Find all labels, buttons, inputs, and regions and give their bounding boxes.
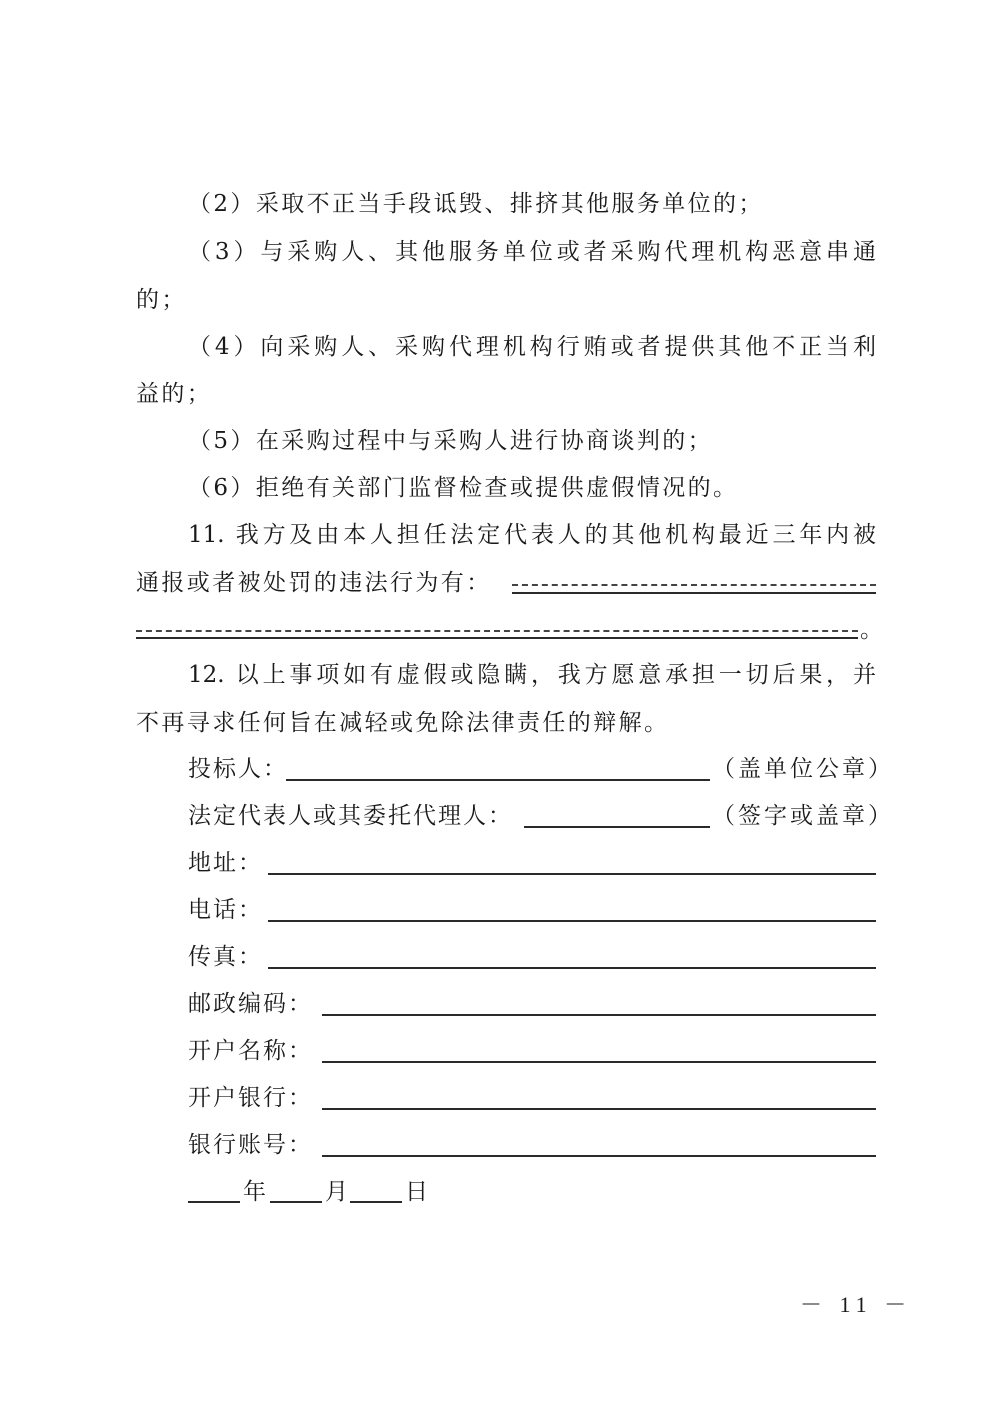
item-5: （5）在采购过程中与采购人进行协商谈判的； [188,425,876,457]
clause-12-line1: 12. 以上事项如有虚假或隐瞒，我方愿意承担一切后果，并 [188,659,876,691]
bank-label: 开户银行： [188,1082,313,1114]
bidder-label: 投标人： [188,753,288,785]
clause-12-line2: 不再寻求任何旨在减轻或免除法律责任的辩解。 [136,707,876,739]
date-month-label: 月 [325,1176,350,1208]
item-2: （2）采取不正当手段诋毁、排挤其他服务单位的； [188,188,876,220]
phone-input-line[interactable] [268,920,876,922]
account-name-label: 开户名称： [188,1035,313,1067]
date-year-label: 年 [243,1176,268,1208]
account-number-input-line[interactable] [322,1155,876,1157]
violations-blank-1[interactable] [512,592,876,594]
fax-input-line[interactable] [268,967,876,969]
item-6: （6）拒绝有关部门监督检查或提供虚假情况的。 [188,472,876,504]
clause-11-line1: 11. 我方及由本人担任法定代表人的其他机构最近三年内被 [188,519,876,551]
address-label: 地址： [188,847,263,879]
item-4: （4）向采购人、采购代理机构行贿或者提供其他不正当利 [188,331,876,363]
representative-sign-note: （签字或盖章） [712,800,894,832]
item-3: （3）与采购人、其他服务单位或者采购代理机构恶意串通 [188,236,876,268]
date-month-blank[interactable] [270,1201,322,1203]
account-name-input-line[interactable] [322,1061,876,1063]
representative-input-line[interactable] [524,826,710,828]
page-number: － 11 － [800,1290,912,1320]
date-day-label: 日 [405,1176,430,1208]
postal-code-label: 邮政编码： [188,988,313,1020]
representative-label: 法定代表人或其委托代理人： [188,800,513,832]
clause-11-line2: 通报或者被处罚的违法行为有： [136,567,506,599]
violations-blank-2[interactable] [136,637,858,639]
postal-code-input-line[interactable] [322,1014,876,1016]
account-number-label: 银行账号： [188,1129,313,1161]
violations-dashed-line-1 [512,584,876,586]
item-3-cont: 的； [136,284,876,316]
fax-label: 传真： [188,941,263,973]
date-year-blank[interactable] [188,1201,240,1203]
item-4-cont: 益的； [136,378,876,410]
date-day-blank[interactable] [350,1201,402,1203]
bank-input-line[interactable] [322,1108,876,1110]
address-input-line[interactable] [268,873,876,875]
phone-label: 电话： [188,894,263,926]
bidder-input-line[interactable] [286,779,710,781]
document-page: （2）采取不正当手段诋毁、排挤其他服务单位的； （3）与采购人、其他服务单位或者… [0,0,1000,1414]
bidder-seal-note: （盖单位公章） [712,753,894,785]
clause-11-end-mark: 。 [860,614,885,646]
violations-dashed-line-2 [136,630,858,632]
